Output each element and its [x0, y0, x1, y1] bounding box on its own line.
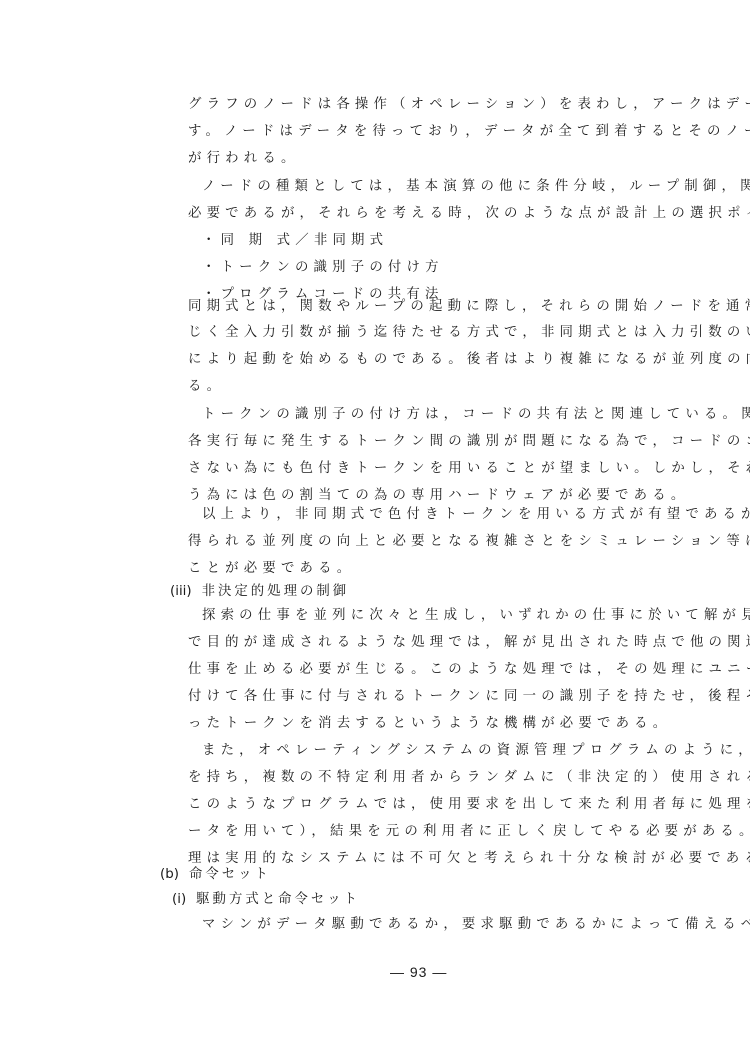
bullet-item: ・トークンの識別子の付け方: [202, 259, 444, 277]
section-heading-iii: (iii)非決定的処理の制御: [170, 583, 349, 601]
paragraph-line: 付けて各仕事に付与されるトークンに同一の識別子を持たせ，後程その識別子を持: [188, 688, 750, 706]
paragraph-line: により起動を始めるものである。後者はより複雑になるが並列度の向上が期待でき: [188, 351, 750, 369]
paragraph-line: ータを用いて），結果を元の利用者に正しく戻してやる必要がある。このような処: [188, 823, 750, 841]
paragraph-line: 探索の仕事を並列に次々と生成し，いずれかの仕事に於いて解が見つかるとそれ: [202, 607, 750, 625]
document-page: グラフのノードは各操作（オペレーション）を表わし，アークはデータ経路を表わ す。…: [0, 0, 750, 1054]
paragraph-line: す。ノードはデータを待っており，データが全て到着するとそのノードの実行制御: [188, 123, 750, 141]
paragraph-line: トークンの識別子の付け方は，コードの共有法と関連している。関数やループの: [202, 406, 750, 424]
paragraph-line: このようなプログラムでは，使用要求を出して来た利用者毎に処理を行い（共有デ: [188, 796, 750, 814]
paragraph-line: 仕事を止める必要が生じる。このような処理では，その処理にユニークな識別子を: [188, 661, 750, 679]
page-number: — 93 —: [390, 964, 447, 980]
paragraph-line: 理は実用的なシステムには不可欠と考えられ十分な検討が必要である。: [188, 850, 750, 868]
paragraph-line: で目的が達成されるような処理では，解が見出された時点で他の関連するすべての: [188, 634, 750, 652]
section-title: 命令セット: [189, 867, 271, 882]
section-marker: (b): [160, 866, 179, 884]
paragraph-line: ことが必要である。: [188, 560, 355, 578]
paragraph-line: う為には色の割当ての為の専用ハードウェアが必要である。: [188, 487, 689, 505]
paragraph-line: 各実行毎に発生するトークン間の識別が問題になる為で，コードのコピーを余り増: [188, 433, 750, 451]
paragraph-line: じく全入力引数が揃う迄待たせる方式で，非同期式とは入力引数のいずれかの到着: [188, 324, 750, 342]
section-heading-i: (i)駆動方式と命令セット: [172, 891, 360, 909]
paragraph-line: を持ち，複数の不特定利用者からランダムに（非決定的）使用されるものがある。: [188, 769, 750, 787]
paragraph-line: が行われる。: [188, 150, 300, 168]
paragraph-line: 同期式とは，関数やループの起動に際し，それらの開始ノードを通常のノードと同: [188, 298, 750, 316]
section-title: 駆動方式と命令セット: [196, 892, 360, 907]
section-marker: (iii): [170, 583, 192, 601]
section-title: 非決定的処理の制御: [202, 584, 350, 599]
paragraph-line: ったトークンを消去するというような機構が必要である。: [188, 715, 671, 733]
paragraph-line: また，オペレーティングシステムの資源管理プログラムのように，その中に状態: [202, 742, 750, 760]
paragraph-line: マシンがデータ駆動であるか，要求駆動であるかによって備えるべきプリミティ: [202, 916, 750, 934]
paragraph-line: グラフのノードは各操作（オペレーション）を表わし，アークはデータ経路を表わ: [188, 96, 750, 114]
paragraph-line: 必要であるが，それらを考える時，次のような点が設計上の選択ポイントとなる。: [188, 205, 750, 223]
paragraph-line: ノードの種類としては，基本演算の他に条件分岐，ループ制御，関数呼出し等が: [202, 178, 750, 196]
section-marker: (i): [172, 891, 186, 909]
paragraph-line: る。: [188, 378, 225, 396]
paragraph-line: さない為にも色付きトークンを用いることが望ましい。しかし，それを能率良く行: [188, 460, 750, 478]
paragraph-line: 以上より，非同期式で色付きトークンを用いる方式が有望であるが，その決定は，: [202, 506, 750, 524]
bullet-item: ・同 期 式／非同期式: [202, 232, 388, 250]
paragraph-line: 得られる並列度の向上と必要となる複雑さとをシミュレーション等により評価する: [188, 533, 750, 551]
section-heading-b: (b)命令セット: [160, 866, 271, 884]
